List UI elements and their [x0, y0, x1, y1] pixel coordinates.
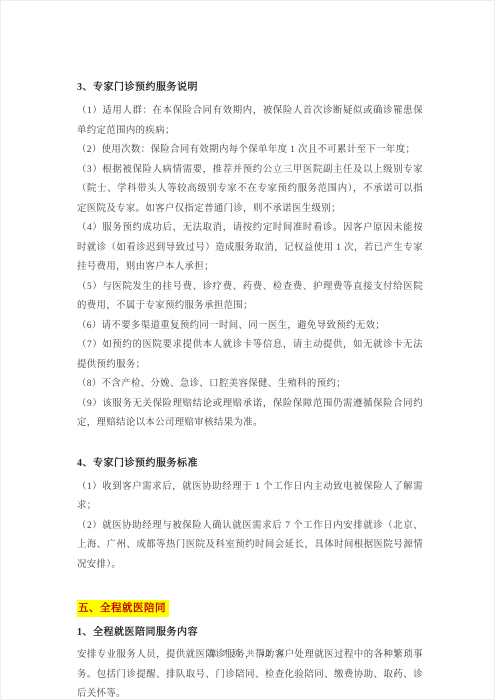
list-item: （1）适用人群：在本保险合同有效期内，被保险人首次诊断疑似或确诊罹患保单约定范围… — [77, 102, 423, 141]
list-item: （5）与医院发生的挂号费、诊疗费、药费、检查费、护理费等直接支付给医院的费用，不… — [77, 278, 423, 317]
section-expert-appointment-description: 3、专家门诊预约服务说明 （1）适用人群：在本保险合同有效期内，被保险人首次诊断… — [77, 81, 423, 434]
list-item: （1）收到客户需求后，就医协助经理于 1 个工作日内主动致电被保险人了解需求； — [77, 478, 423, 517]
document-page: 3、专家门诊预约服务说明 （1）适用人群：在本保险合同有效期内，被保险人首次诊断… — [0, 0, 495, 700]
list-item: （9）该服务无关保险理赔结论或理赔承诺，保险保障范围仍需遵循保险合同约定，理赔结… — [77, 395, 423, 434]
list-item: （2）就医协助经理与被保险人确认就医需求后 7 个工作日内安排就诊（北京、上海、… — [77, 517, 423, 576]
list-item: （3）根据被保险人病情需要，推荐并预约公立三甲医院副主任及以上级别专家（院士、学… — [77, 161, 423, 220]
section-expert-appointment-standard: 4、专家门诊预约服务标准 （1）收到客户需求后，就医协助经理于 1 个工作日内主… — [77, 457, 423, 576]
list-item: （6）请不要多渠道重复预约同一时间、同一医生，避免导致预约无效； — [77, 317, 423, 337]
sub-section-heading: 1、全程就医陪同服务内容 — [77, 626, 423, 640]
section-heading: 3、专家门诊预约服务说明 — [77, 81, 423, 95]
page-number-footer: 第 7 页 共 42 页 — [1, 648, 494, 659]
highlighted-heading-row: 五、全程就医陪同 — [77, 598, 423, 617]
list-item: （4）服务预约成功后，无法取消，请按约定时间准时看诊。因客户原因未能按时就诊（如… — [77, 219, 423, 278]
list-item: （7）如预约的医院要求提供本人就诊卡等信息，请主动提供，如无就诊卡无法提供预约服… — [77, 336, 423, 375]
section-heading-highlighted: 五、全程就医陪同 — [77, 600, 169, 617]
list-item: （2）使用次数：保险合同有效期内每个保单年度 1 次且不可累计至下一年度； — [77, 141, 423, 161]
document-content: 3、专家门诊预约服务说明 （1）适用人群：在本保险合同有效期内，被保险人首次诊断… — [77, 81, 423, 700]
list-item: （8）不含产检、分娩、急诊、口腔美容保健、生殖科的预约； — [77, 375, 423, 395]
section-heading: 4、专家门诊预约服务标准 — [77, 457, 423, 471]
